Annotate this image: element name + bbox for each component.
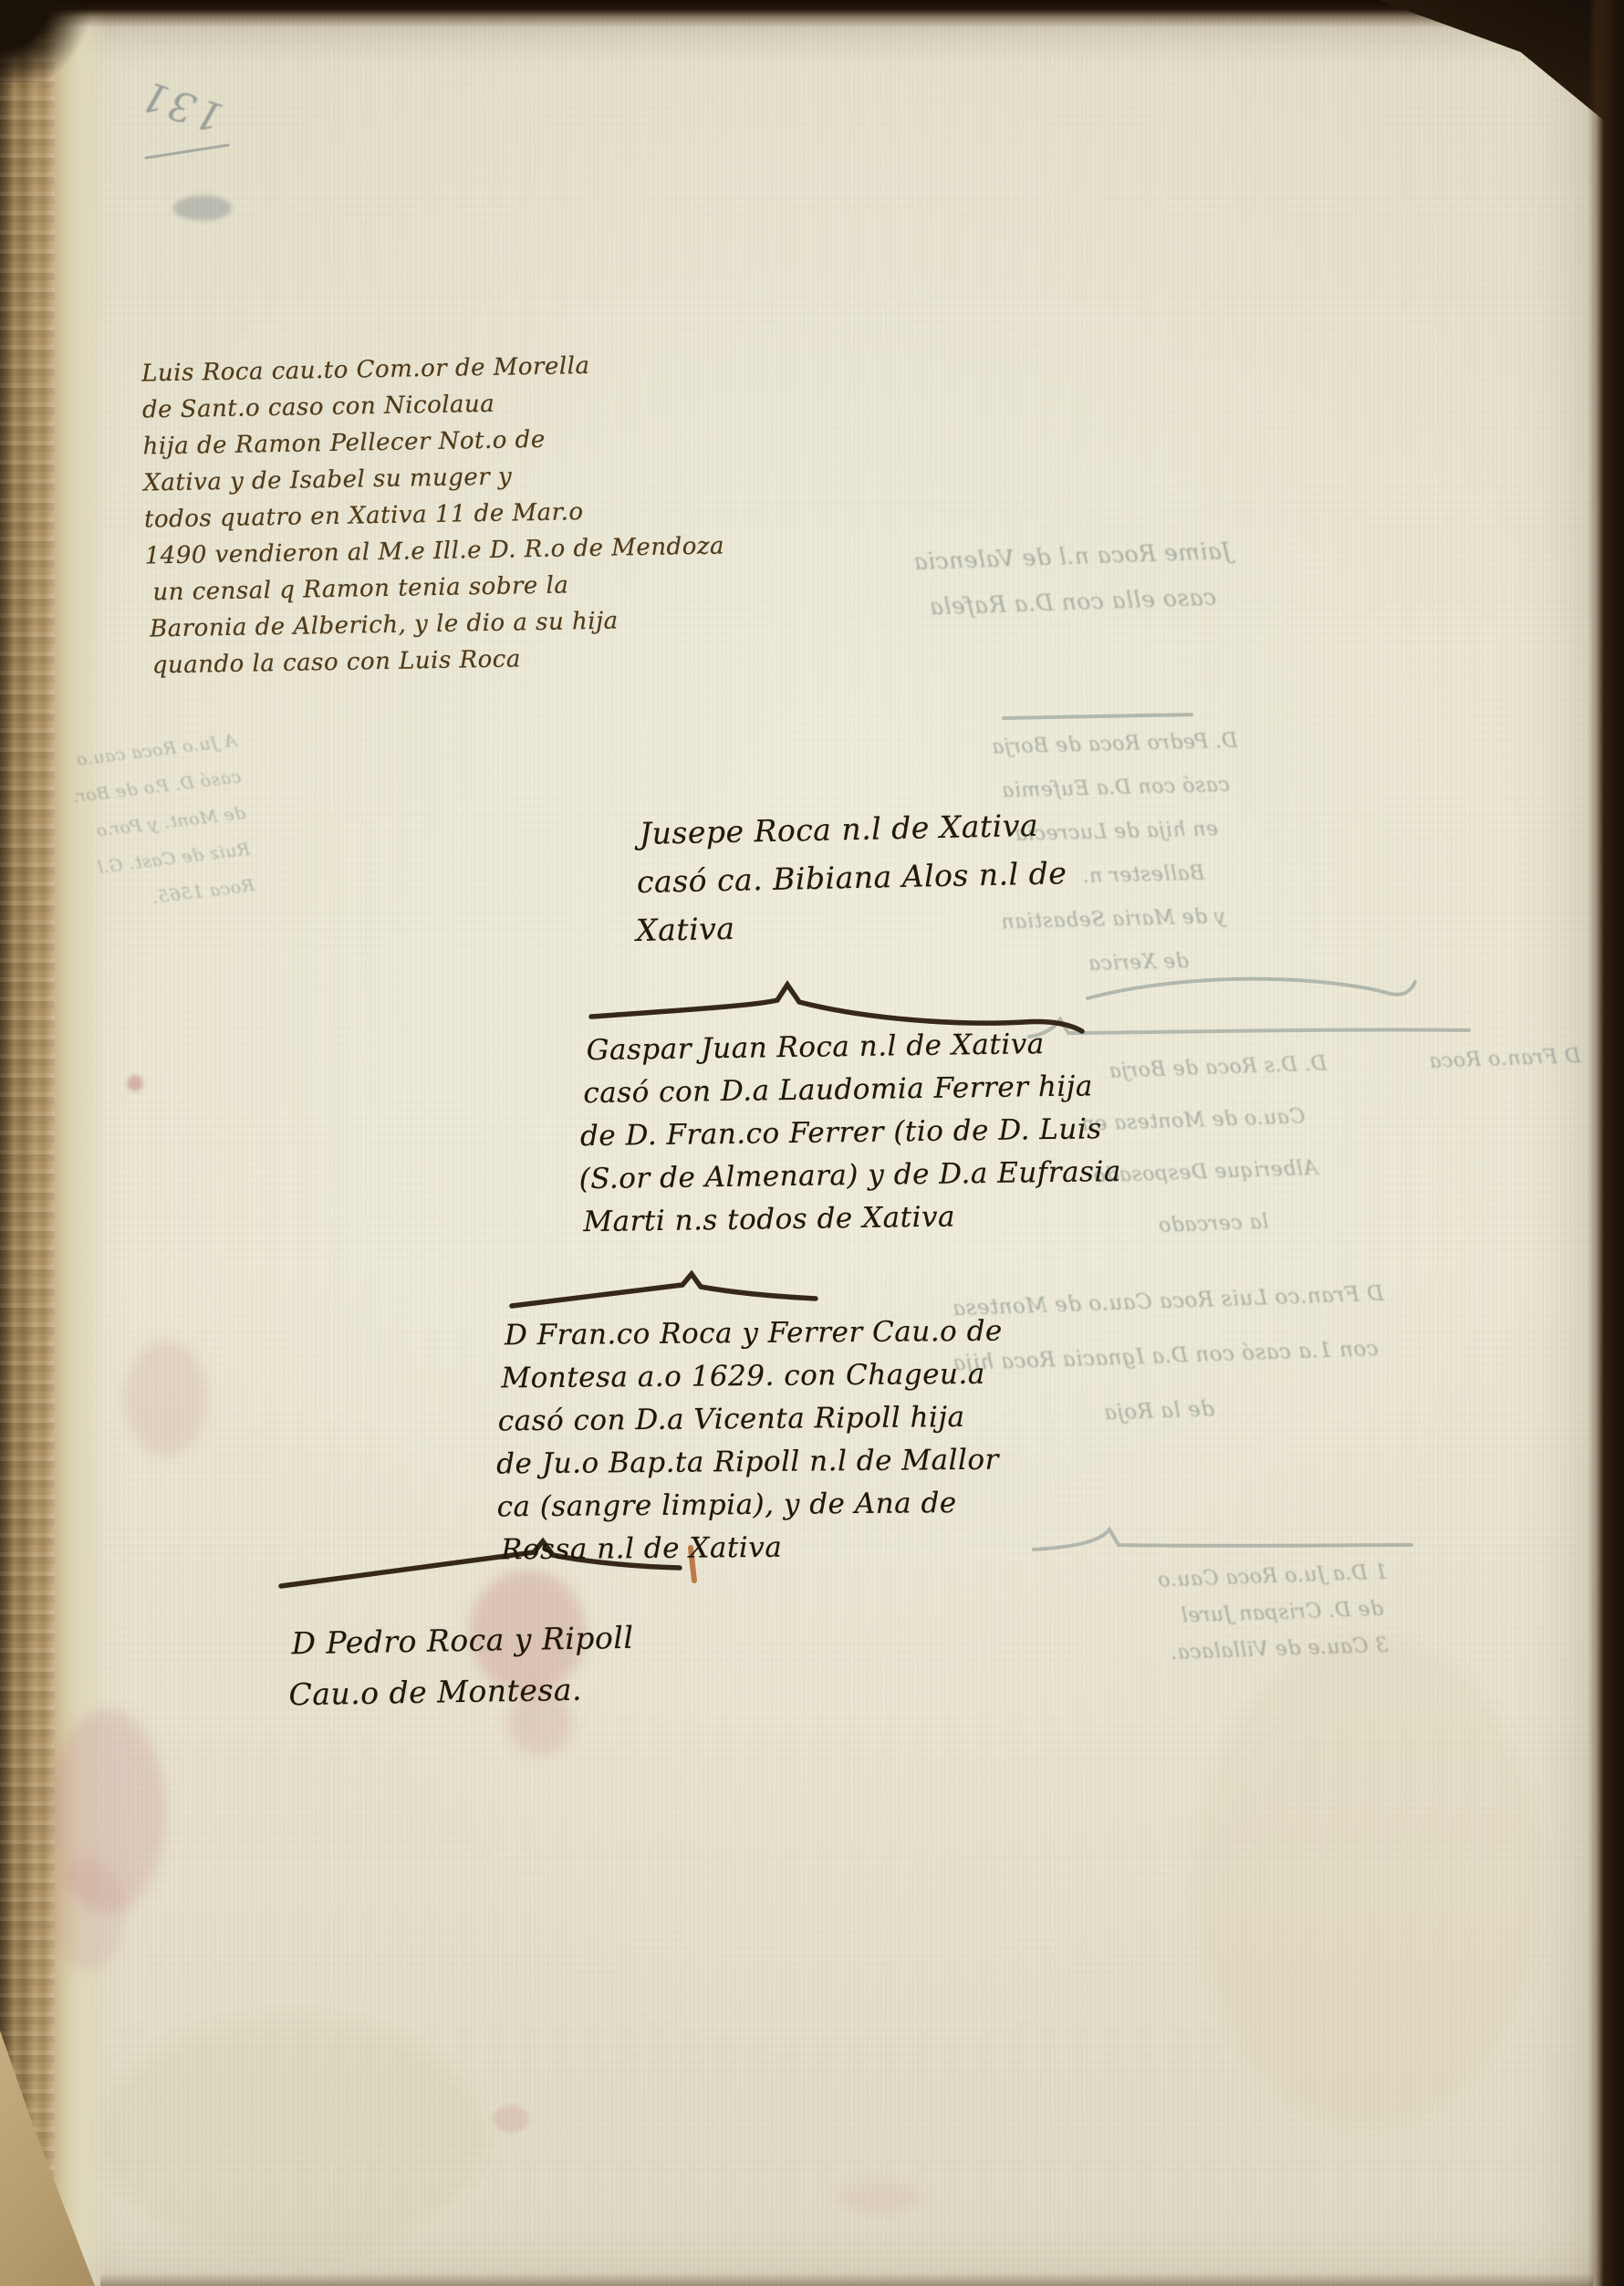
- binding-torn-texture: [0, 0, 55, 2286]
- bleed-line-text: de Xerica: [997, 940, 1190, 988]
- bleed-line-text: 3 Cau.e de Villalaca.: [1160, 1628, 1390, 1673]
- manuscript-line: D Pedro Roca y Ripoll: [291, 1613, 634, 1670]
- bleed-line-text: D. Pedro Roca de Borja: [991, 720, 1238, 770]
- gray-smudge: [173, 195, 232, 221]
- entry-pedro-roca: D Pedro Roca y Ripoll Cau.o de Montesa.: [291, 1613, 635, 1721]
- pink-stain: [493, 2105, 529, 2133]
- manuscript-line: Rossa n.l de Xativa: [501, 1525, 1005, 1572]
- bleed-brace: [1034, 1529, 1411, 1550]
- age-blotch: [100, 2017, 484, 2254]
- bleed-text-right-lower: 1 D.a Ju.o Roca Cau.o de D. Crispan Jure…: [1157, 1555, 1390, 1673]
- folio-number: 131: [133, 70, 228, 141]
- manuscript-line: de D. Fran.co Ferrer (tio de D. Luis: [580, 1108, 1121, 1158]
- page-top-edge: [0, 0, 1624, 27]
- pink-stain: [124, 1340, 208, 1456]
- manuscript-line: Gaspar Juan Roca n.l de Xativa: [586, 1022, 1119, 1072]
- age-blotch: [1195, 1634, 1542, 2126]
- manuscript-line: Montesa a.o 1629. con Chageu.a: [501, 1353, 1003, 1401]
- pink-dot: [127, 1075, 143, 1091]
- top-left-corner-shadow: [0, 0, 100, 82]
- manuscript-line: D Fran.co Roca y Ferrer Cau.o de: [505, 1310, 1003, 1358]
- manuscript-line: Cau.o de Montesa.: [288, 1664, 635, 1721]
- bleed-line-text: D Fran.o Roca: [1429, 1045, 1581, 1073]
- manuscript-line: Jusepe Roca n.l de Xativa: [639, 800, 1066, 858]
- manuscript-line: casó con D.a Laudomia Ferrer hija: [583, 1065, 1120, 1115]
- bleed-text-right-fragment: D Fran.o Roca: [1429, 1045, 1581, 1073]
- page-right-edge: [1588, 0, 1624, 2286]
- manuscript-line: de Ju.o Bap.ta Ripoll n.l de Mallor: [496, 1439, 1004, 1487]
- note-luis-roca: Luis Roca cau.to Com.or de Morella de Sa…: [141, 345, 727, 684]
- page-bottom-shadow: [100, 2273, 1593, 2286]
- folio-underline: [146, 145, 228, 158]
- manuscript-line: casó con D.a Vicenta Ripoll hija: [498, 1396, 1004, 1444]
- entry-gaspar-roca: Gaspar Juan Roca n.l de Xativa casó con …: [586, 1022, 1121, 1244]
- bleed-text-top: Jaime Roca n.l de Valencia caso ella con…: [912, 528, 1234, 631]
- manuscript-line: ca (sangre limpia), y de Ana de: [496, 1482, 1004, 1529]
- bleed-text-left-margin: A Ju.o Roca cau.o casó D. P.o de Bor. de…: [67, 722, 257, 924]
- manuscript-page: 131: [0, 0, 1624, 2286]
- pink-stain: [838, 2181, 922, 2214]
- manuscript-line: (S.or de Almenara) y de D.a Eufrasia: [578, 1151, 1121, 1201]
- bleed-text-center-mid: D Fran.co Luis Roca Cau.o de Montesa con…: [950, 1267, 1389, 1446]
- entry-francisco-roca: D Fran.co Roca y Ferrer Cau.o de Montesa…: [505, 1310, 1005, 1572]
- manuscript-line: Marti n.s todos de Xativa: [583, 1194, 1122, 1244]
- genealogy-brace: [512, 1274, 816, 1306]
- bleed-line-text: caso ella con D.a Rafela: [914, 575, 1217, 631]
- manuscript-line: casó ca. Bibiana Alos n.l de: [636, 849, 1067, 906]
- manuscript-line: Xativa: [636, 897, 1068, 955]
- bleed-line: [1004, 715, 1192, 718]
- entry-jusepe-roca: Jusepe Roca n.l de Xativa casó ca. Bibia…: [639, 800, 1068, 955]
